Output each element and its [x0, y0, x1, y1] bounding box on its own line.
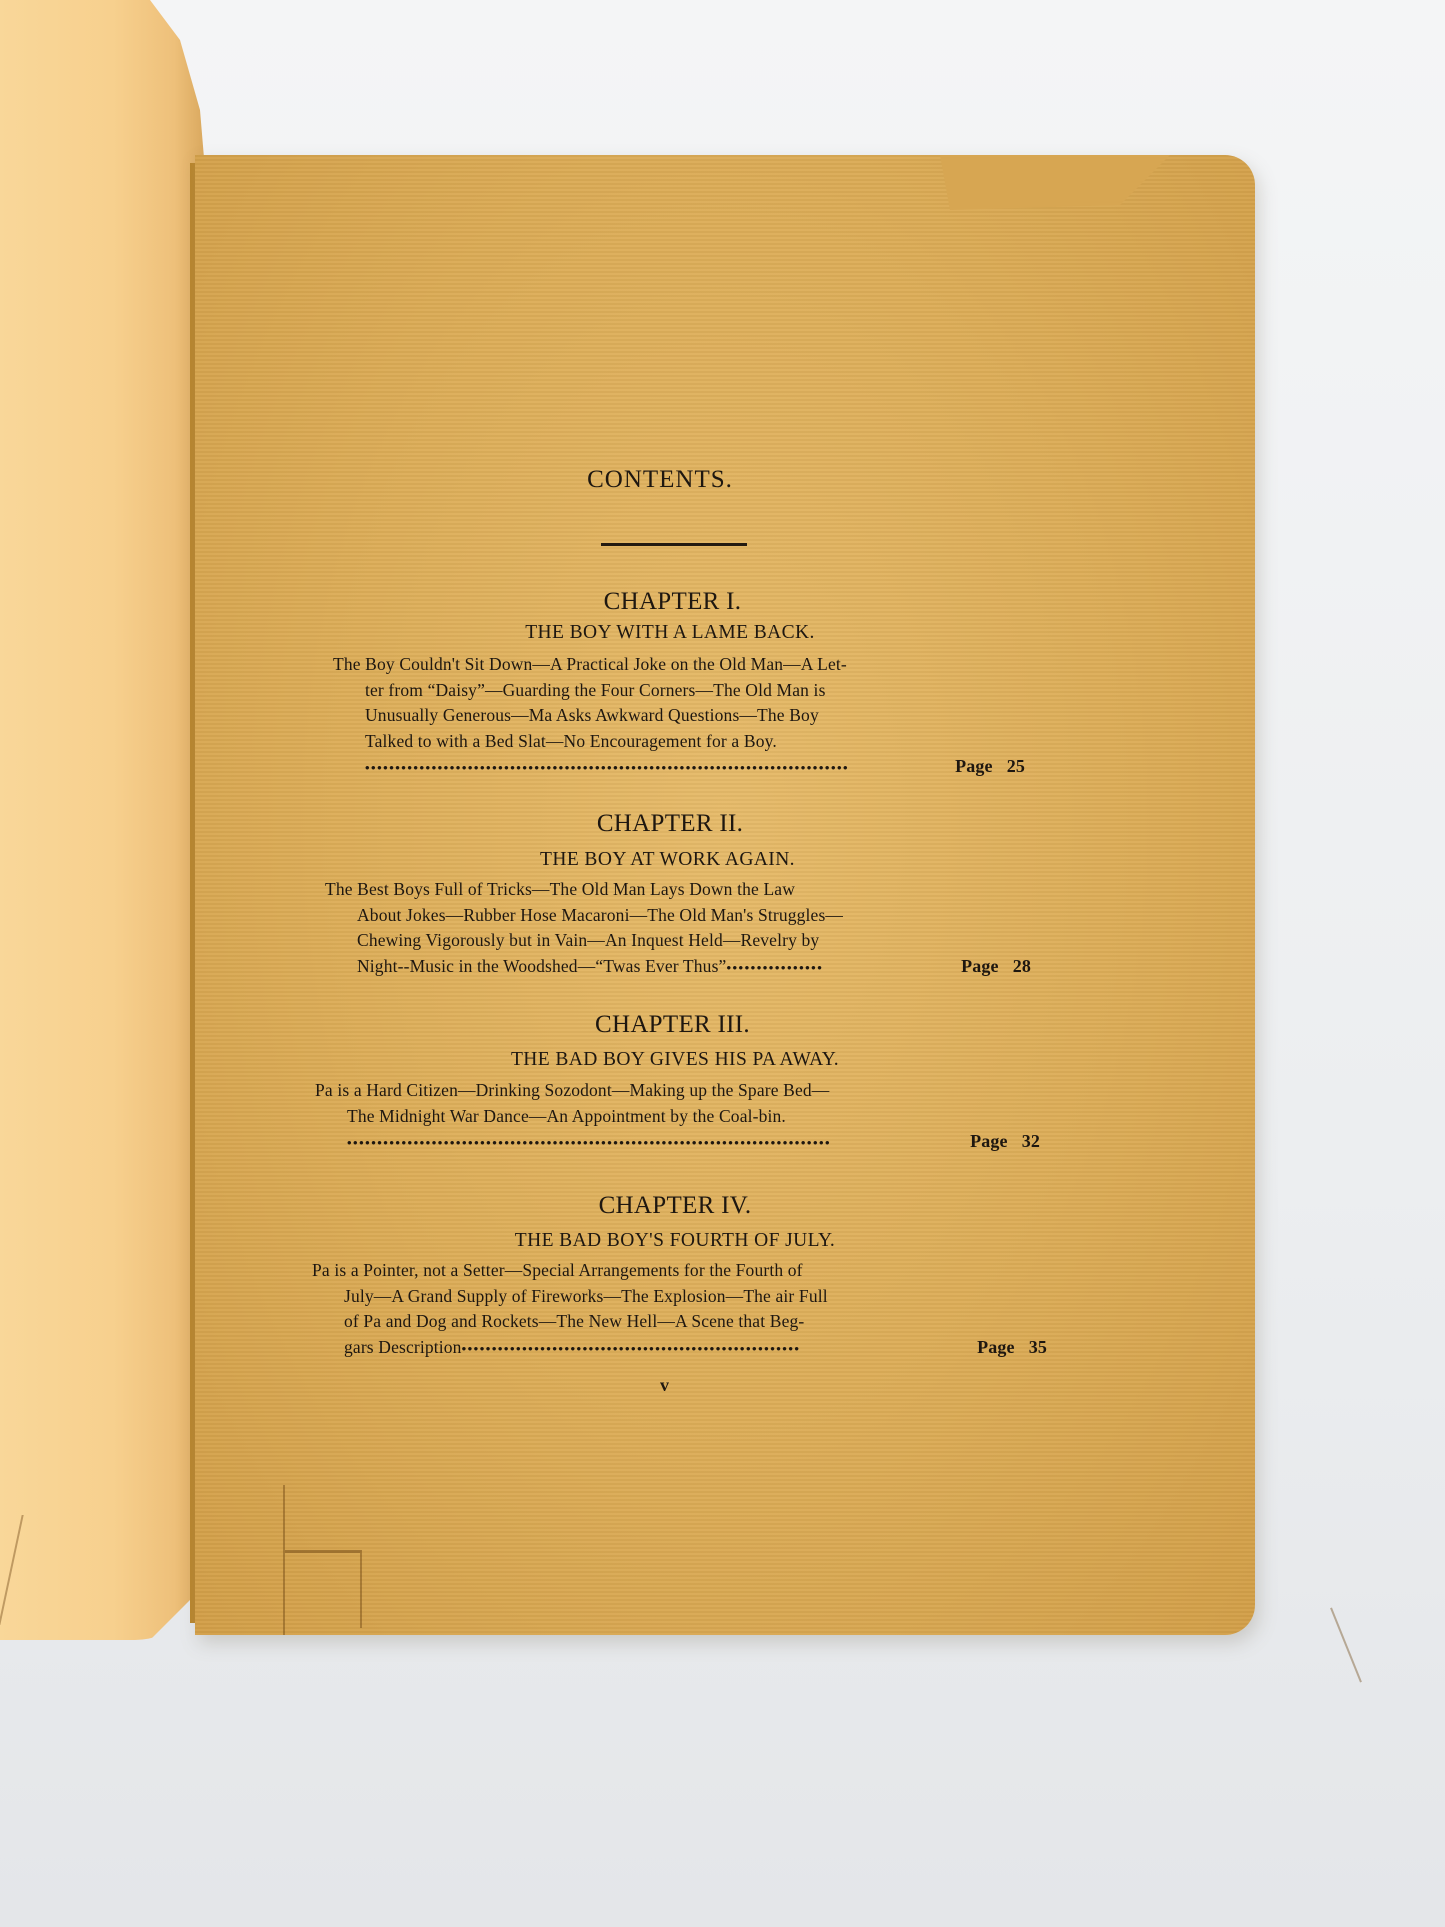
leader-dots: ••••••••••••••••••••••••••••••••••••••••…	[462, 1336, 976, 1362]
page-label: Page	[977, 1335, 1015, 1361]
chapter-3-line: The Midnight War Dance—An Appointment by…	[315, 1104, 1040, 1130]
page-number: 35	[1029, 1335, 1047, 1361]
page-number: 28	[1013, 954, 1031, 980]
chapter-2-line: About Jokes—Rubber Hose Macaroni—The Old…	[325, 903, 1031, 929]
leader-dots: ••••••••••••••••••••••••••••••••••••••••…	[365, 755, 953, 781]
page-label: Page	[970, 1129, 1008, 1155]
chapter-1-line: ter from “Daisy”—Guarding the Four Corne…	[333, 678, 1025, 704]
chapter-4-title: THE BAD BOY'S FOURTH OF JULY.	[440, 1230, 910, 1252]
title-rule-divider	[601, 543, 747, 546]
page-title: CONTENTS.	[580, 466, 740, 494]
chapter-2-line: Night--Music in the Woodshed—“Twas Ever …	[357, 954, 726, 980]
chapter-3-number: CHAPTER III.	[560, 1011, 785, 1039]
chapter-1-line: Unusually Generous—Ma Asks Awkward Quest…	[333, 703, 1025, 729]
chapter-1-title: THE BOY WITH A LAME BACK.	[440, 622, 900, 644]
chapter-2-line: Chewing Vigorously but in Vain—An Inques…	[325, 928, 1031, 954]
chapter-2-page-ref: Night--Music in the Woodshed—“Twas Ever …	[325, 954, 1031, 981]
page-tear	[0, 1515, 84, 1625]
left-curled-page	[0, 0, 205, 1640]
leader-dots: ••••••••••••••••••••••••••••••••••••••••…	[347, 1130, 968, 1156]
chapter-2-title: THE BOY AT WORK AGAIN.	[470, 849, 865, 871]
page-number: 32	[1022, 1129, 1040, 1155]
chapter-4-line: Pa is a Pointer, not a Setter—Special Ar…	[312, 1258, 1047, 1284]
top-edge-tear	[940, 155, 1170, 212]
page-crease-right	[1330, 1608, 1362, 1683]
page-label: Page	[955, 754, 993, 780]
chapter-4-description: Pa is a Pointer, not a Setter—Special Ar…	[312, 1258, 1047, 1361]
page-folio: v	[660, 1375, 669, 1396]
chapter-3-page-ref: ••••••••••••••••••••••••••••••••••••••••…	[315, 1129, 1040, 1156]
chapter-4-page-ref: gars Description •••••••••••••••••••••••…	[312, 1335, 1047, 1362]
chapter-3-title: THE BAD BOY GIVES HIS PA AWAY.	[440, 1049, 910, 1071]
chapter-3-description: Pa is a Hard Citizen—Drinking Sozodont—M…	[315, 1078, 1040, 1156]
chapter-4-number: CHAPTER IV.	[555, 1192, 795, 1220]
chapter-1-number: CHAPTER I.	[560, 588, 785, 616]
chapter-1-page-ref: ••••••••••••••••••••••••••••••••••••••••…	[333, 754, 1025, 781]
chapter-1-line: The Boy Couldn't Sit Down—A Practical Jo…	[333, 652, 1025, 678]
chapter-3-line: Pa is a Hard Citizen—Drinking Sozodont—M…	[315, 1078, 1040, 1104]
bottom-edge-tear	[285, 1550, 362, 1628]
leader-dots: ••••••••••••••••	[726, 955, 959, 981]
chapter-4-line: gars Description	[344, 1335, 462, 1361]
chapter-2-number: CHAPTER II.	[550, 810, 790, 838]
chapter-4-line: July—A Grand Supply of Fireworks—The Exp…	[312, 1284, 1047, 1310]
page-crease	[283, 1485, 285, 1635]
chapter-2-description: The Best Boys Full of Tricks—The Old Man…	[325, 877, 1031, 980]
chapter-1-description: The Boy Couldn't Sit Down—A Practical Jo…	[333, 652, 1025, 781]
page-number: 25	[1007, 754, 1025, 780]
chapter-1-line: Talked to with a Bed Slat—No Encourageme…	[333, 729, 1025, 755]
chapter-2-line: The Best Boys Full of Tricks—The Old Man…	[325, 877, 1031, 903]
chapter-4-line: of Pa and Dog and Rockets—The New Hell—A…	[312, 1309, 1047, 1335]
page-label: Page	[961, 954, 999, 980]
